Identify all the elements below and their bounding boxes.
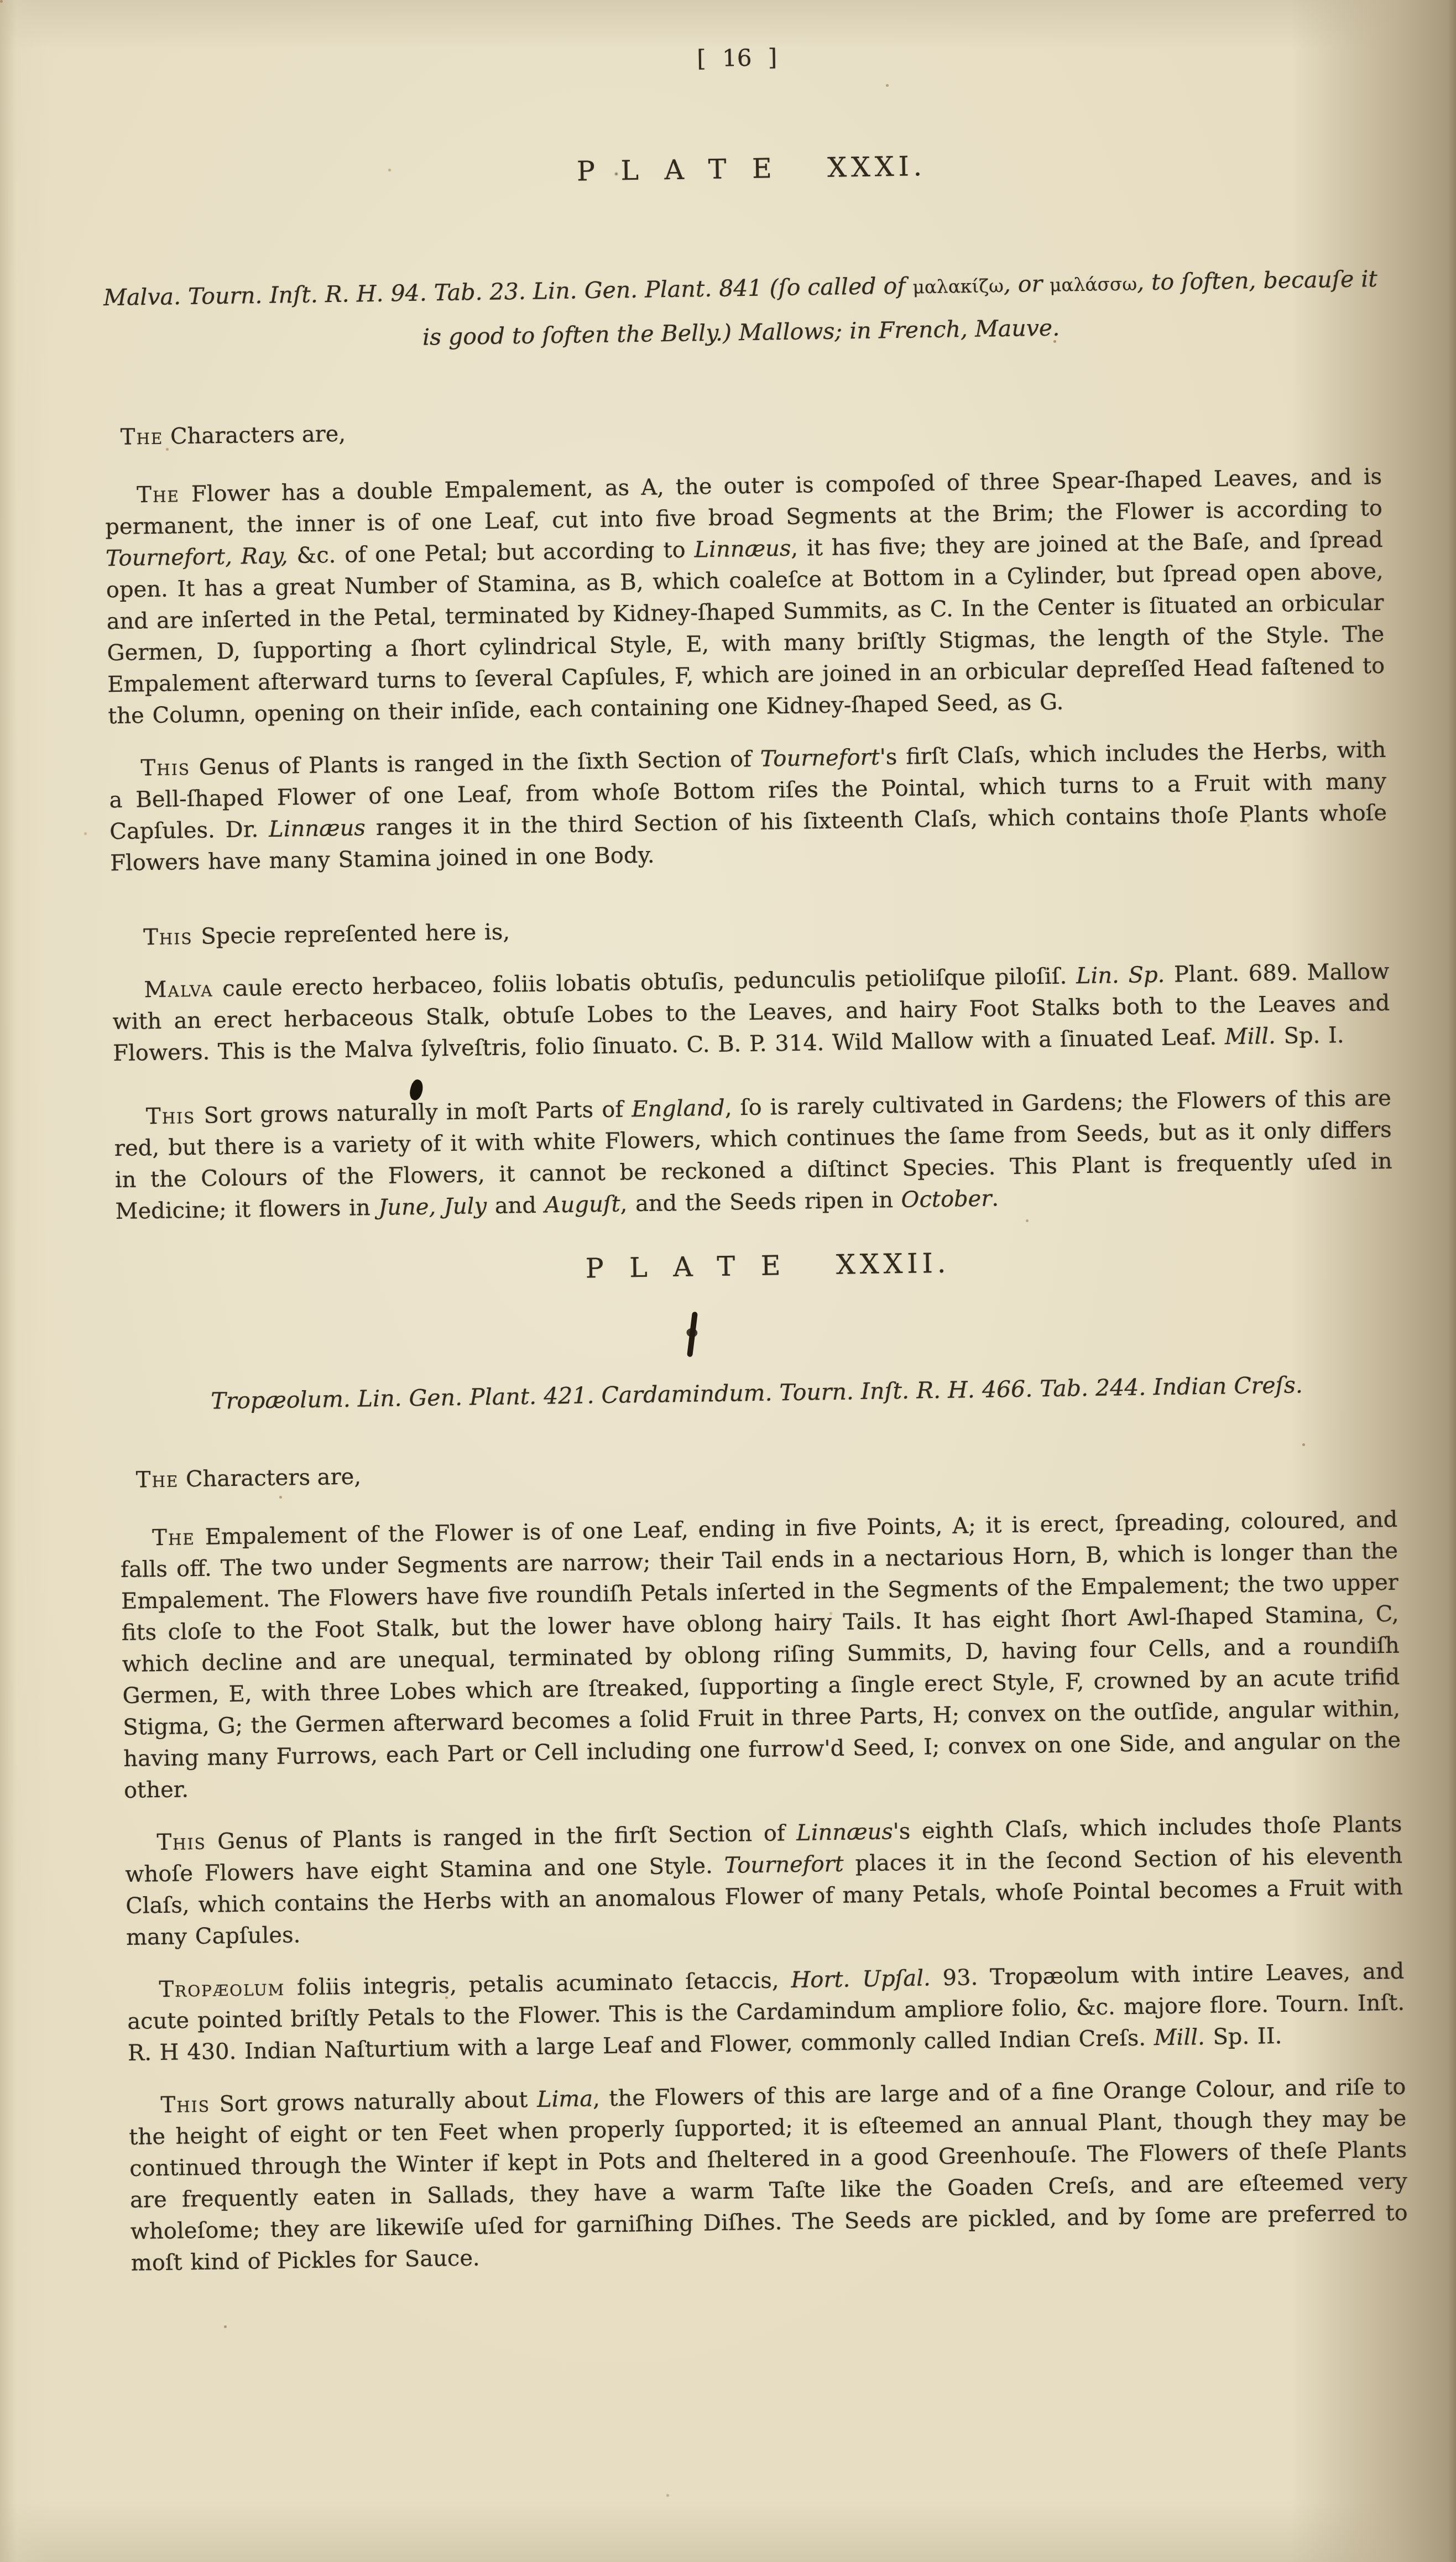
plate-32-paragraph-characters: The Empalement of the Flower is of one L…	[120, 1504, 1401, 1807]
plate-31-specie-intro-line: This Specie repreſented here is,	[111, 904, 1389, 954]
plate-31-paragraph-habitat: This Sort grows naturally in moſt Parts …	[114, 1083, 1393, 1228]
paper-specks	[0, 0, 3, 3]
plate-31-paragraph-genus: This Genus of Plants is ranged in the ſi…	[108, 734, 1387, 879]
plate-31-section: PLATEXXXI. Malva. Tourn. Inſt. R. H. 94.…	[100, 144, 1392, 1228]
plate-32-heading: PLATEXXXII.	[116, 1241, 1394, 1291]
plate-heading-numeral: XXXI.	[827, 150, 927, 184]
plate-32-paragraph-habitat: This Sort grows naturally about Lima, th…	[128, 2071, 1408, 2279]
plate-31-paragraph-species: Malva caule erecto herbaceo, foliis loba…	[112, 956, 1390, 1069]
plate-32-section: PLATEXXXII. Tropæolum. Lin. Gen. Plant. …	[116, 1241, 1408, 2279]
plate-31-heading: PLATEXXXI.	[100, 144, 1377, 194]
plate-32-characters-label: The Characters are,	[119, 1446, 1397, 1496]
book-page-scan: [ 16 ] PLATEXXXI. Malva. Tourn. Inſt. R.…	[0, 0, 1456, 2562]
plate-heading-word: PLATE	[560, 1249, 807, 1285]
plate-31-paragraph-characters: The Flower has a double Empalement, as A…	[105, 461, 1386, 732]
plate-31-species-citation: Malva. Tourn. Inſt. R. H. 94. Tab. 23. L…	[101, 257, 1380, 364]
page-text-block: [ 16 ] PLATEXXXI. Malva. Tourn. Inſt. R.…	[98, 35, 1408, 2300]
plate-32-paragraph-genus: This Genus of Plants is ranged in the fi…	[124, 1808, 1403, 1953]
plate-32-paragraph-species: Tropæolum foliis integris, petalis acumi…	[127, 1955, 1405, 2069]
plate-31-characters-label: The Characters are,	[103, 403, 1381, 453]
page-number: [ 16 ]	[98, 35, 1375, 81]
plate-heading-numeral: XXXII.	[836, 1248, 951, 1281]
plate-heading-word: PLATE	[551, 153, 798, 188]
plate-32-species-citation: Tropæolum. Lin. Gen. Plant. 421. Cardami…	[118, 1362, 1396, 1425]
